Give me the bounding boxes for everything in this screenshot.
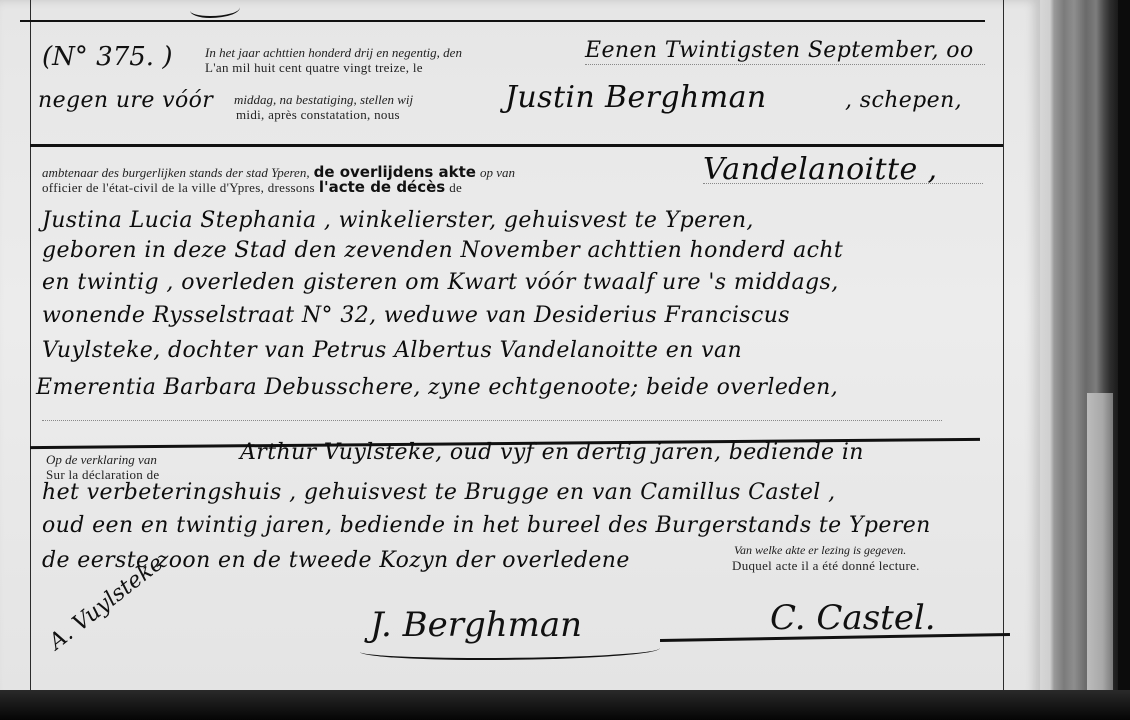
body-line-2: geboren in deze Stad den zevenden Novemb…	[42, 238, 843, 263]
body-nl-suffix: op van	[480, 165, 515, 180]
officer-title-handwritten: , schepen,	[845, 88, 962, 113]
body-line-1: Justina Lucia Stephania , winkelierster,…	[42, 208, 754, 233]
body-line-6: Emerentia Barbara Debusschere, zyne echt…	[36, 375, 838, 400]
date-handwritten: Eenen Twintigsten September, oo	[585, 38, 974, 63]
declaration-line-3: oud een en twintig jaren, bediende in he…	[42, 513, 931, 538]
closing-fr: Duquel acte il a été donné lecture.	[732, 558, 920, 574]
header-fr-line: L'an mil huit cent quatre vingt treize, …	[205, 60, 423, 76]
body-line-4: wonende Rysselstraat N° 32, weduwe van D…	[42, 303, 790, 328]
closing-nl: Van welke akte er lezing is gegeven.	[734, 543, 906, 558]
surname-handwritten: Vandelanoitte ,	[703, 152, 937, 187]
left-margin-line	[30, 0, 31, 690]
header-nl-line2: middag, na bestatiging, stellen wij	[234, 92, 413, 108]
signature-berghman: J. Berghman	[370, 605, 582, 645]
officer-name-handwritten: Justin Berghman	[505, 80, 767, 115]
body-fr-bold: l'acte de décès	[319, 178, 445, 196]
header-nl-line: In het jaar achttien honderd drij en neg…	[205, 45, 462, 61]
right-margin-line	[1003, 0, 1004, 690]
body-line-5: Vuylsteke, dochter van Petrus Albertus V…	[42, 338, 742, 363]
previous-entry-flourish	[190, 0, 240, 18]
signature-castel: C. Castel.	[770, 598, 936, 638]
body-fr-line: officier de l'état-civil de la ville d'Y…	[42, 178, 462, 197]
top-rule	[20, 20, 985, 22]
berghman-flourish	[360, 640, 660, 660]
section-rule-1	[30, 144, 1003, 147]
body-line-3: en twintig , overleden gisteren om Kwart…	[42, 270, 839, 295]
declaration-nl-prefix: Op de verklaring van	[46, 452, 157, 468]
time-handwritten: negen ure vóór	[38, 88, 213, 113]
binding-edge-tab	[1087, 393, 1113, 690]
register-page: (N° 375. ) In het jaar achttien honderd …	[0, 0, 1040, 700]
header-fr-line2: midi, après constatation, nous	[236, 107, 400, 123]
record-number: (N° 375. )	[42, 42, 172, 72]
body-fr-suffix: de	[449, 180, 462, 195]
declaration-line-2: het verbeteringshuis , gehuisvest te Bru…	[42, 480, 836, 505]
body-end-dotted	[42, 420, 942, 421]
bottom-shadow	[0, 690, 1130, 720]
date-underline	[585, 64, 985, 65]
declaration-line-1: Arthur Vuylsteke, oud vyf en dertig jare…	[240, 440, 864, 465]
surname-underline	[703, 183, 983, 184]
body-fr-prefix: officier de l'état-civil de la ville d'Y…	[42, 180, 315, 195]
